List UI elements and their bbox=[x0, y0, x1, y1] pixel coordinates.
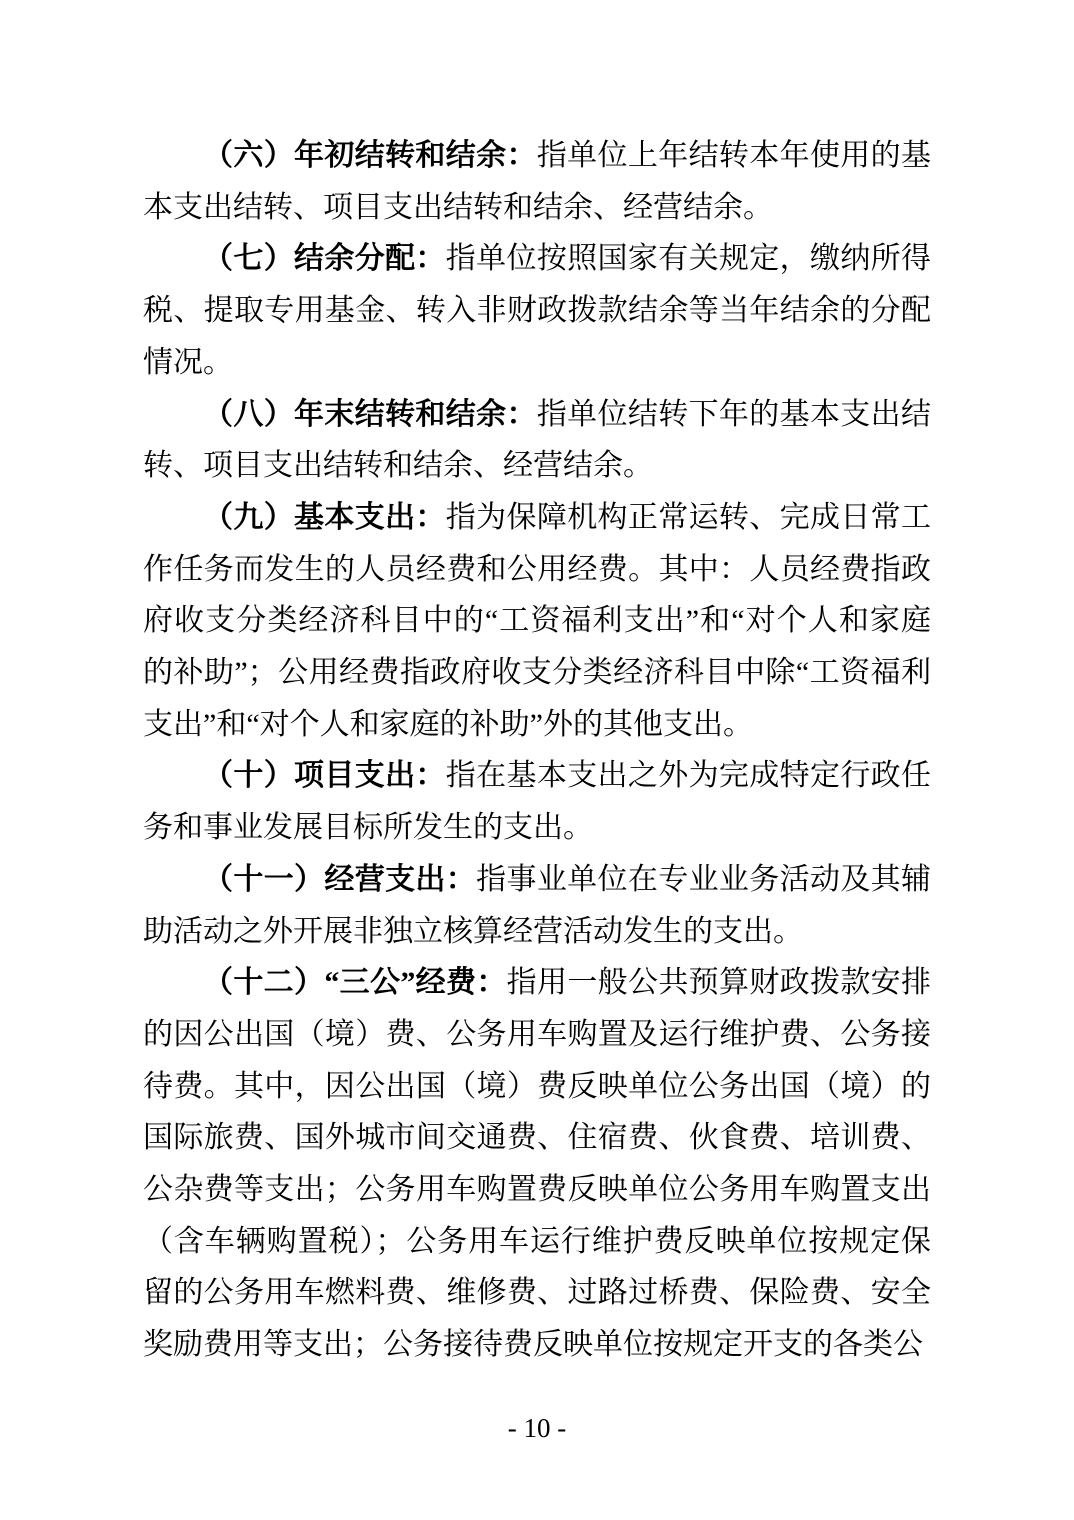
paragraph-12: （十二）“三公”经费：指用一般公共预算财政拨款安排的因公出国（境）费、公务用车购… bbox=[143, 957, 931, 1371]
paragraph-9: （九）基本支出：指为保障机构正常运转、完成日常工作任务而发生的人员经费和公用经费… bbox=[143, 492, 931, 751]
term-label: （十一）经营支出： bbox=[203, 863, 476, 896]
page-number: - 10 - bbox=[508, 1413, 566, 1443]
document-page: （六）年初结转和结余：指单位上年结转本年使用的基本支出结转、项目支出结转和结余、… bbox=[0, 0, 1074, 1520]
term-label: （八）年末结转和结余： bbox=[203, 398, 537, 431]
term-label: （六）年初结转和结余： bbox=[203, 139, 537, 172]
term-label: （十）项目支出： bbox=[203, 759, 446, 792]
paragraph-6: （六）年初结转和结余：指单位上年结转本年使用的基本支出结转、项目支出结转和结余、… bbox=[143, 130, 931, 233]
term-label: （九）基本支出： bbox=[203, 501, 446, 534]
paragraph-8: （八）年末结转和结余：指单位结转下年的基本支出结转、项目支出结转和结余、经营结余… bbox=[143, 389, 931, 492]
term-label: （十二）“三公”经费： bbox=[203, 966, 507, 999]
term-label: （七）结余分配： bbox=[203, 242, 446, 275]
paragraph-11: （十一）经营支出：指事业单位在专业业务活动及其辅助活动之外开展非独立核算经营活动… bbox=[143, 854, 931, 957]
paragraph-7: （七）结余分配：指单位按照国家有关规定，缴纳所得税、提取专用基金、转入非财政拨款… bbox=[143, 233, 931, 388]
term-definition: 指为保障机构正常运转、完成日常工作任务而发生的人员经费和公用经费。其中：人员经费… bbox=[143, 501, 931, 741]
term-definition: 指用一般公共预算财政拨款安排的因公出国（境）费、公务用车购置及运行维护费、公务接… bbox=[143, 966, 931, 1361]
paragraph-10: （十）项目支出：指在基本支出之外为完成特定行政任务和事业发展目标所发生的支出。 bbox=[143, 750, 931, 853]
page-footer: - 10 - bbox=[0, 1412, 1074, 1444]
document-body: （六）年初结转和结余：指单位上年结转本年使用的基本支出结转、项目支出结转和结余、… bbox=[143, 130, 931, 1371]
